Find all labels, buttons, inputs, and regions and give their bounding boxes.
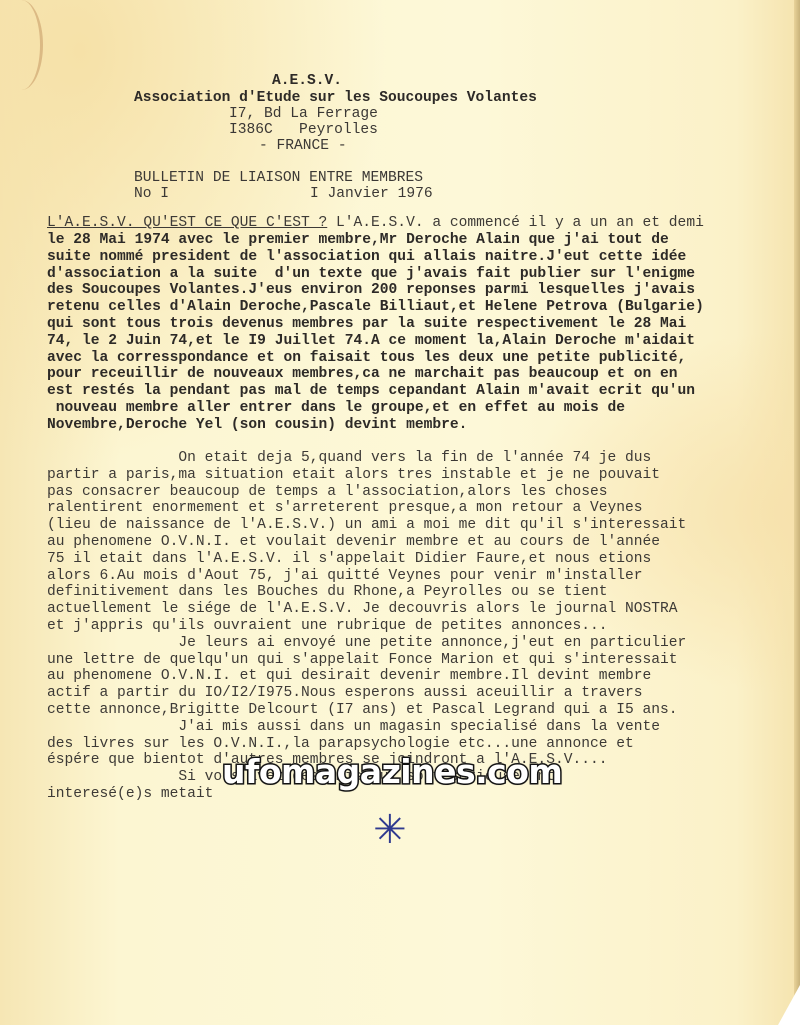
body-line: interesé(e)s metait [47,786,213,802]
address-country: - FRANCE - [259,138,347,154]
paragraph-1: le 28 Mai 1974 avec le premier membre,Mr… [47,232,704,434]
body-line: J'ai mis aussi dans un magasin specialis… [47,719,660,735]
address-street: I7, Bd La Ferrage [229,106,378,122]
body-line: partir a paris,ma situation etait alors … [47,467,660,483]
section-heading: L'A.E.S.V. QU'EST CE QUE C'EST ? [47,215,327,231]
body-line: L'A.E.S.V. a commencé il y a un an et de… [327,215,704,231]
body-line: actuellement le siége de l'A.E.S.V. Je d… [47,601,678,617]
body-line: On etait deja 5,quand vers la fin de l'a… [47,450,651,466]
body-line: d'association a la suite d'un texte que … [47,266,695,282]
body-line: definitivement dans les Bouches du Rhone… [47,584,608,600]
body-line: au phenomene O.V.N.I. et qui desirait de… [47,668,651,684]
body-line: Novembre,Deroche Yel (son cousin) devint… [47,417,467,433]
body-line: le 28 Mai 1974 avec le premier membre,Mr… [47,232,669,248]
body-line: des livres sur les O.V.N.I.,la parapsych… [47,736,634,752]
body-line: ralentirent enormement et s'arreterent p… [47,500,643,516]
body-line: 75 il etait dans l'A.E.S.V. il s'appelai… [47,551,651,567]
body-line: Je leurs ai envoyé une petite annonce,j'… [47,635,686,651]
issue-number: No I [134,186,169,202]
asterisk-ornament-icon: ✳ [373,810,407,850]
body-line: nouveau membre aller entrer dans le grou… [47,400,625,416]
first-line: L'A.E.S.V. QU'EST CE QUE C'EST ? L'A.E.S… [47,215,704,232]
issue-date: I Janvier 1976 [310,186,433,202]
body-line: des Soucoupes Volantes.J'eus environ 200… [47,282,695,298]
page-edge [794,0,800,1025]
body-line: au phenomene O.V.N.I. et voulait devenir… [47,534,660,550]
page-corner [778,985,800,1025]
bulletin-title: BULLETIN DE LIAISON ENTRE MEMBRES [134,170,423,186]
watermark-text: ufomagazines.com [222,752,562,791]
paragraph-2: On etait deja 5,quand vers la fin de l'a… [47,450,686,803]
body-line: alors 6.Au mois d'Aout 75, j'ai quitté V… [47,568,643,584]
body-line: et j'appris qu'ils ouvraient une rubriqu… [47,618,608,634]
body-line: avec la corresspondance et on faisait to… [47,350,686,366]
body-line: qui sont tous trois devenus membres par … [47,316,686,332]
body-line: retenu celles d'Alain Deroche,Pascale Bi… [47,299,704,315]
body-line: (lieu de naissance de l'A.E.S.V.) un ami… [47,517,686,533]
address-city: I386C Peyrolles [229,122,378,138]
body-line: cette annonce,Brigitte Delcourt (I7 ans)… [47,702,678,718]
body-line: une lettre de quelqu'un qui s'appelait F… [47,652,678,668]
paper-stain [0,0,43,90]
body-line: 74, le 2 Juin 74,et le I9 Juillet 74.A c… [47,333,695,349]
body-line: actif a partir du IO/I2/I975.Nous espero… [47,685,643,701]
body-line: est restés la pendant pas mal de temps c… [47,383,695,399]
body-line: suite nommé president de l'association q… [47,249,686,265]
body-line: pour receuillir de nouveaux membres,ca n… [47,366,678,382]
body-line: pas consacrer beaucoup de temps a l'asso… [47,484,608,500]
organization-name: Association d'Etude sur les Soucoupes Vo… [134,90,537,106]
scanned-page: A.E.S.V. Association d'Etude sur les Sou… [0,0,800,1025]
acronym: A.E.S.V. [272,73,342,89]
